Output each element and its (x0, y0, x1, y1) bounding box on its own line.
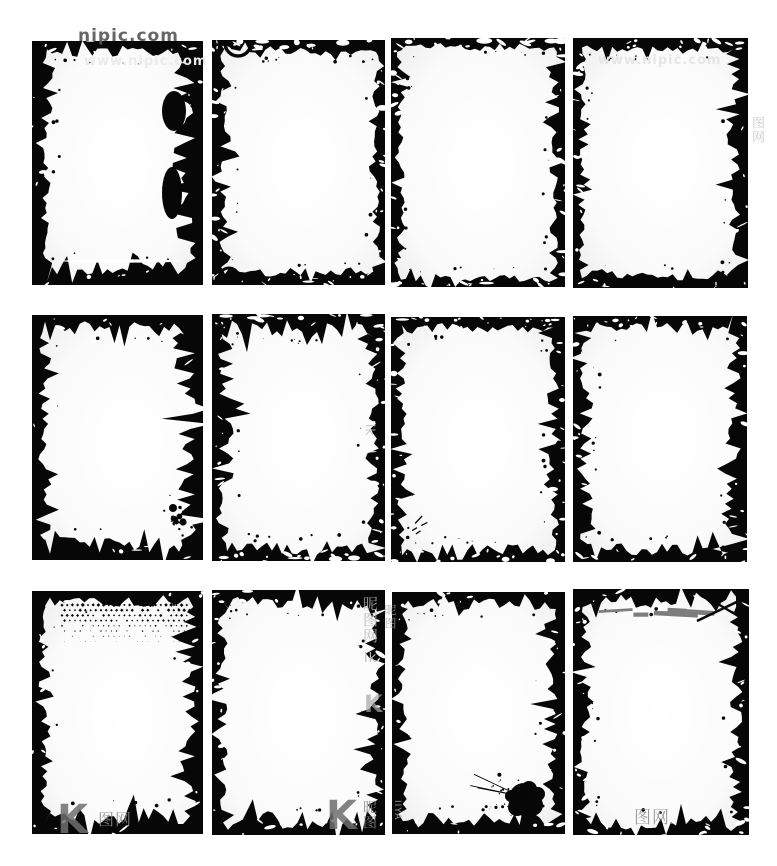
grunge-frame-1 (32, 41, 203, 285)
frame-artwork-4 (573, 38, 748, 288)
frame-artwork-12 (573, 589, 749, 835)
frame-artwork-10 (212, 590, 385, 835)
grunge-frame-5 (32, 315, 203, 560)
frame-artwork-11 (392, 592, 565, 834)
grunge-frame-2 (212, 40, 385, 285)
frame-artwork-1 (32, 41, 203, 285)
grunge-frame-9 (32, 591, 203, 834)
frame-artwork-7 (391, 317, 565, 562)
grunge-frame-11 (392, 592, 565, 834)
grunge-frame-7 (391, 317, 565, 562)
grunge-frame-4 (573, 38, 748, 288)
grunge-frames-sheet: nipic.comwww.nipic.comwww.nipic.com图网ik昵… (0, 0, 777, 866)
grunge-frame-3 (391, 38, 565, 287)
grunge-frame-12 (573, 589, 749, 835)
grunge-frame-8 (573, 316, 747, 562)
grunge-frame-10 (212, 590, 385, 835)
watermark-fragment-4: 图网 (750, 116, 763, 144)
frame-artwork-6 (212, 314, 385, 561)
frame-artwork-8 (573, 316, 747, 562)
frame-artwork-9 (32, 591, 203, 834)
frame-artwork-5 (32, 315, 203, 560)
frame-artwork-3 (391, 38, 565, 287)
grunge-frame-6 (212, 314, 385, 561)
frame-artwork-2 (212, 40, 385, 285)
